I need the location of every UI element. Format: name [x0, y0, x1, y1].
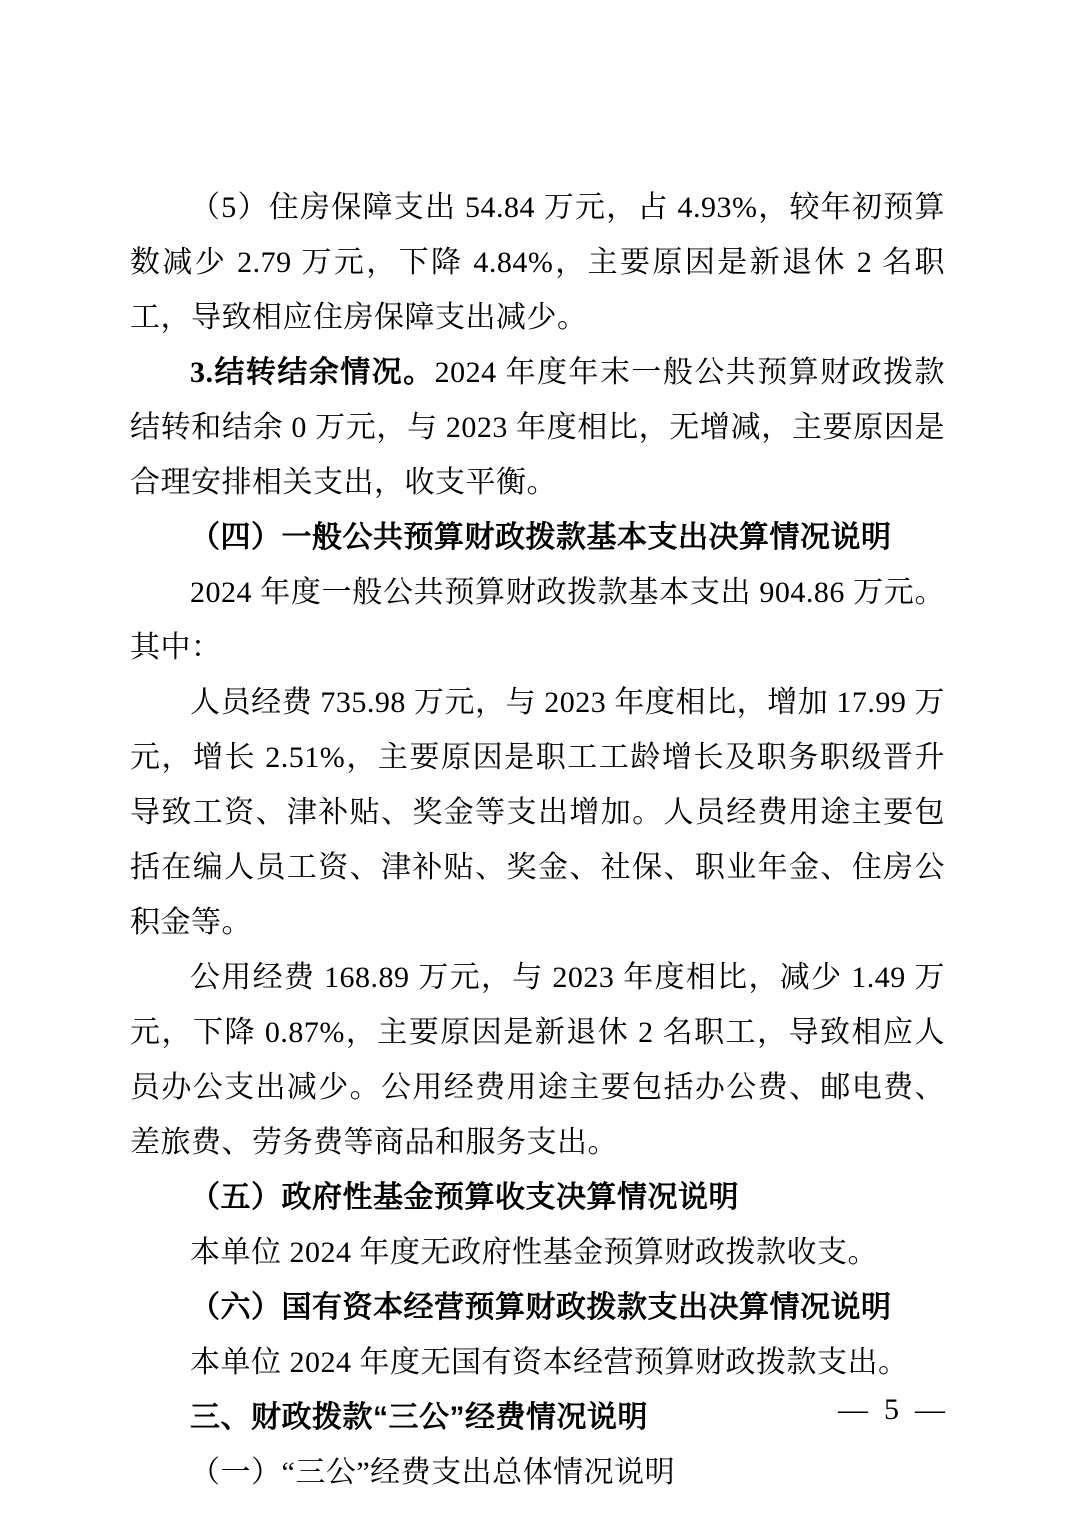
heading-section-5: （五）政府性基金预算收支决算情况说明 [130, 1170, 945, 1225]
heading-part-3-sub-1: （一）“三公”经费支出总体情况说明 [130, 1445, 945, 1500]
heading-section-4: （四）一般公共预算财政拨款基本支出决算情况说明 [130, 510, 945, 565]
footer-dash-right: — [915, 1392, 945, 1428]
paragraph-public-funds: 公用经费 168.89 万元，与 2023 年度相比，减少 1.49 万元，下降… [130, 950, 945, 1170]
page-number: 5 [884, 1392, 899, 1428]
paragraph-carryover: 3.结转结余情况。2024 年度年末一般公共预算财政拨款结转和结余 0 万元，与… [130, 345, 945, 510]
page-footer: — 5 — [838, 1392, 945, 1428]
document-content: （5）住房保障支出 54.84 万元，占 4.93%，较年初预算数减少 2.79… [130, 180, 945, 1500]
document-page: （5）住房保障支出 54.84 万元，占 4.93%，较年初预算数减少 2.79… [0, 0, 1075, 1520]
paragraph-housing-support: （5）住房保障支出 54.84 万元，占 4.93%，较年初预算数减少 2.79… [130, 180, 945, 345]
paragraph-personnel-funds: 人员经费 735.98 万元，与 2023 年度相比，增加 17.99 万元，增… [130, 675, 945, 950]
paragraph-state-capital-budget: 本单位 2024 年度无国有资本经营预算财政拨款支出。 [130, 1335, 945, 1390]
paragraph-gov-fund-budget: 本单位 2024 年度无政府性基金预算财政拨款收支。 [130, 1225, 945, 1280]
heading-part-3: 三、财政拨款“三公”经费情况说明 [130, 1390, 945, 1445]
footer-dash-left: — [838, 1392, 868, 1428]
paragraph-carryover-lead: 3.结转结余情况。 [190, 356, 435, 389]
paragraph-basic-expenditure-total: 2024 年度一般公共预算财政拨款基本支出 904.86 万元。其中： [130, 565, 945, 675]
heading-section-6: （六）国有资本经营预算财政拨款支出决算情况说明 [130, 1280, 945, 1335]
